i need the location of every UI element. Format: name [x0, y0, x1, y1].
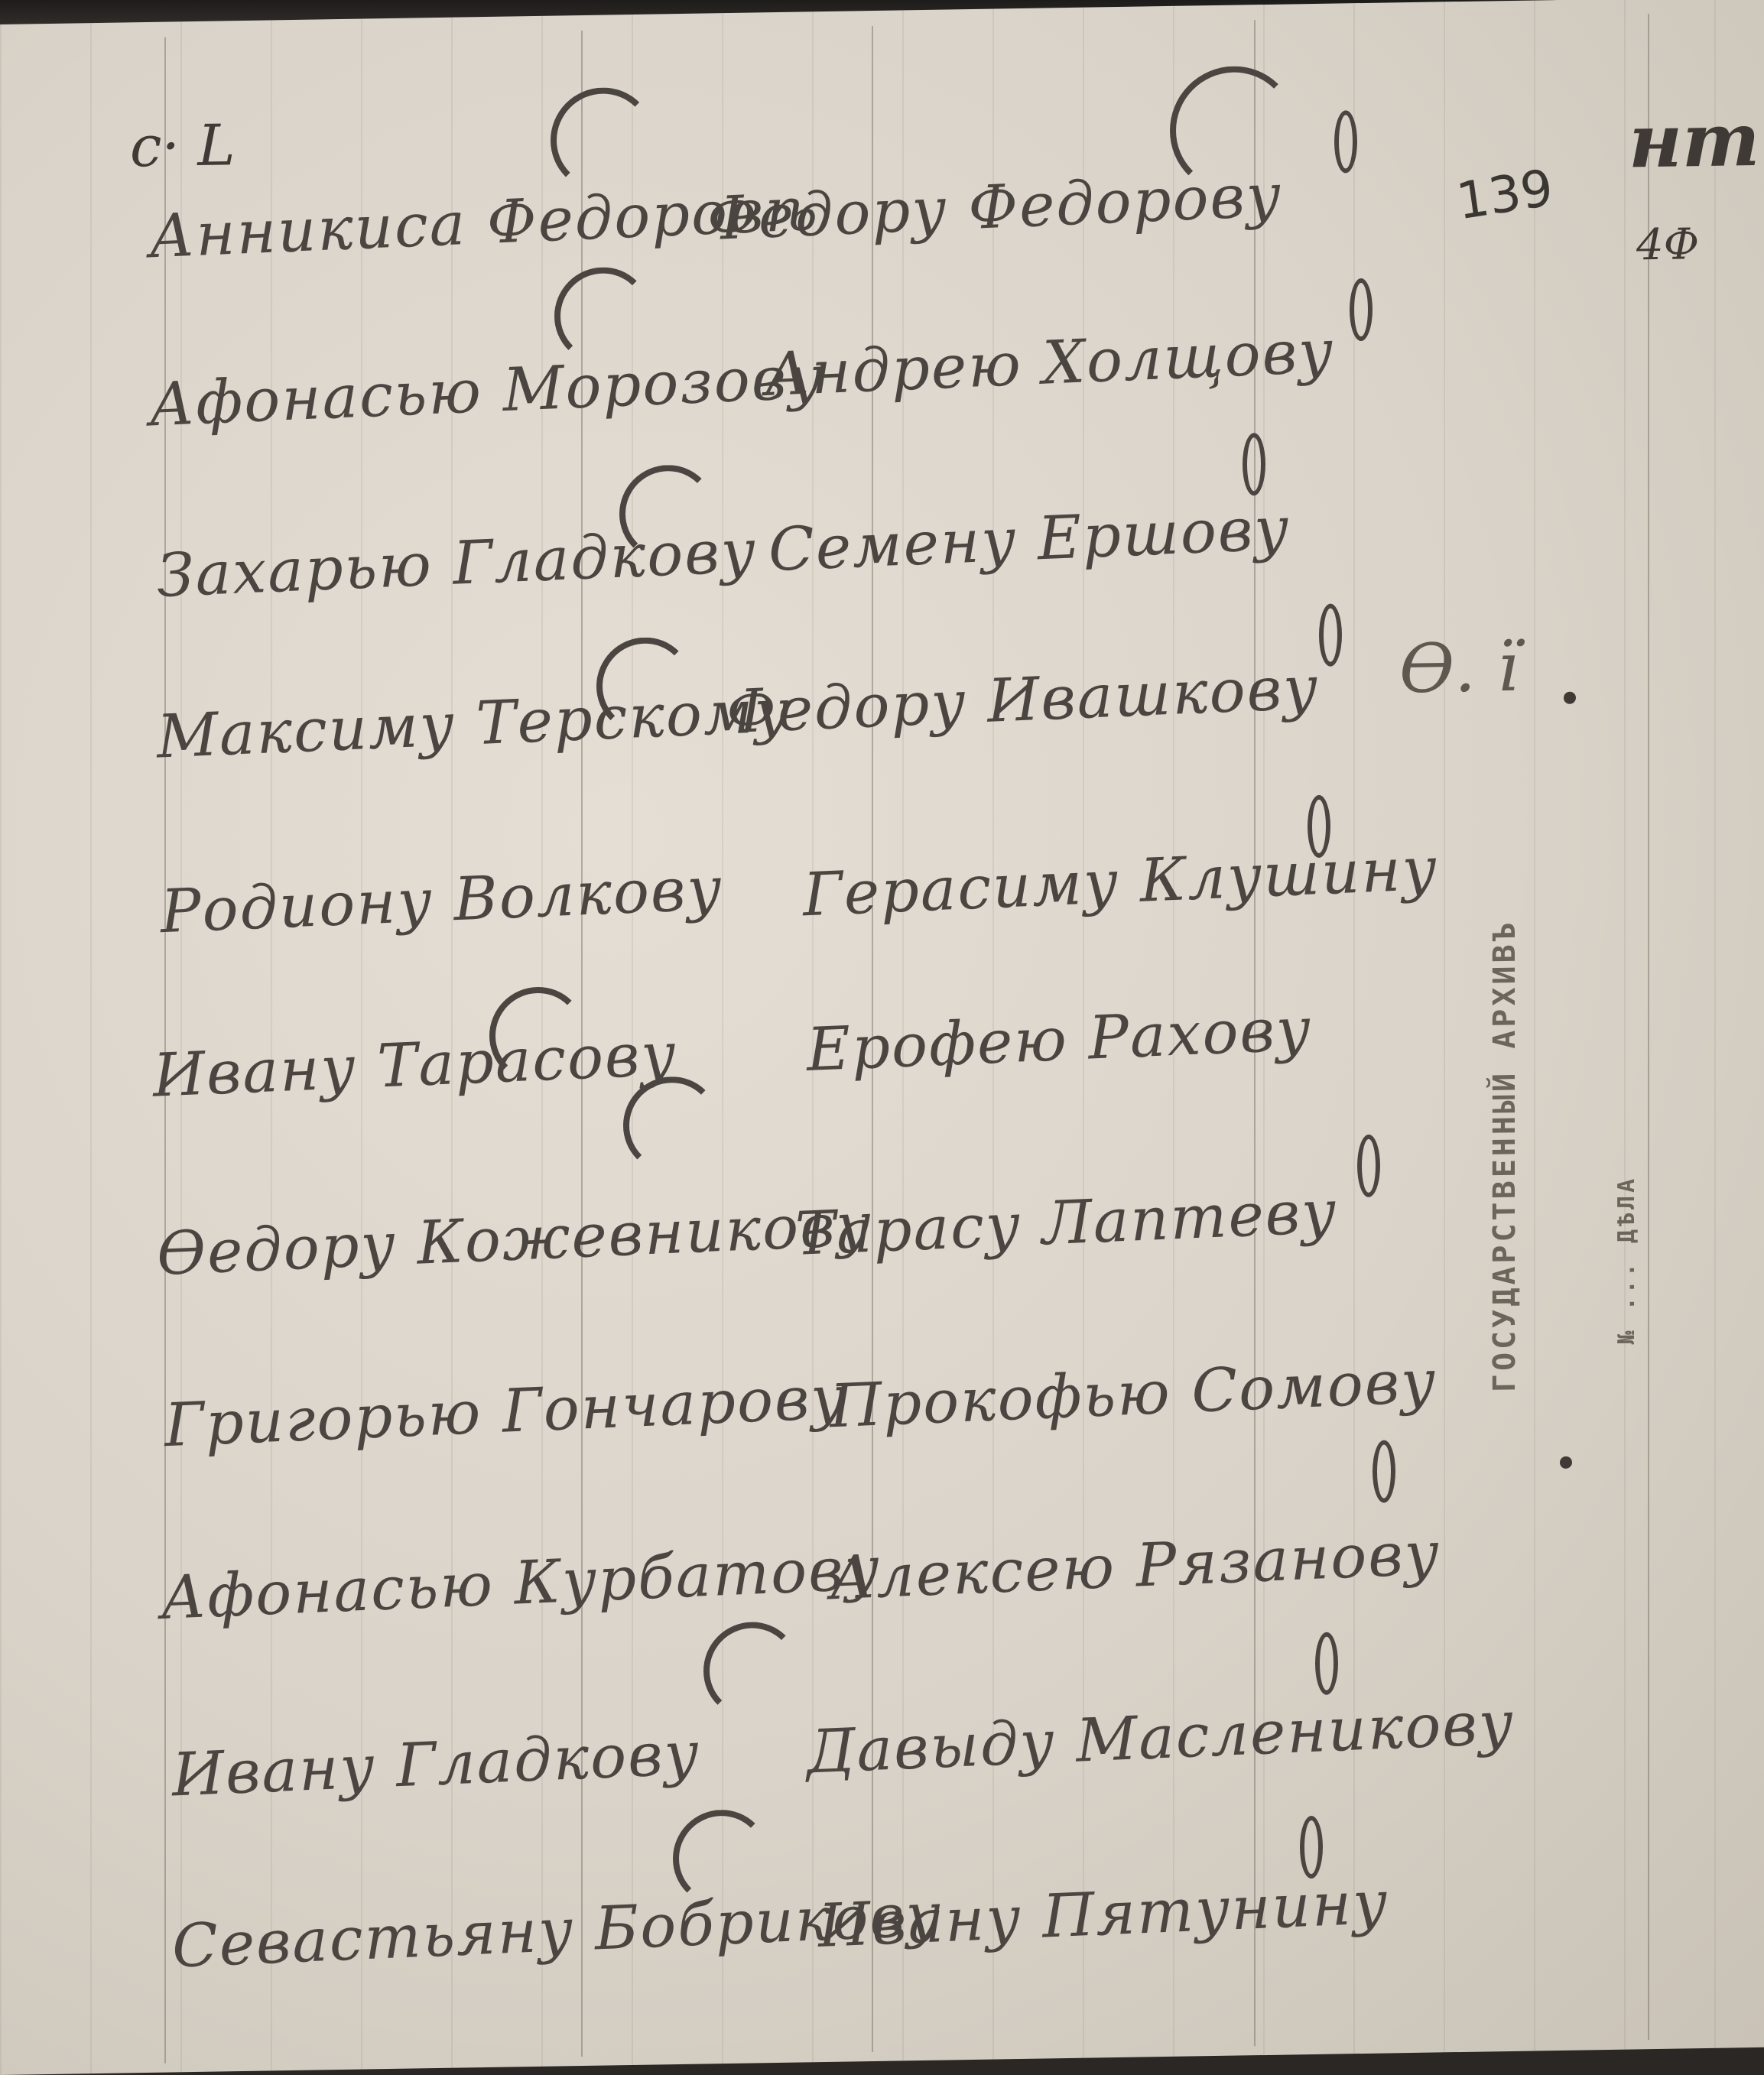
terminal-loop-stroke: [1243, 433, 1265, 495]
terminal-loop-stroke: [1319, 603, 1342, 666]
entry-left-4: Максиму Терскому: [156, 677, 791, 772]
entry-right-5: Герасиму Клушину: [802, 835, 1439, 930]
entry-right-4: Федору Ивашкову: [726, 654, 1320, 747]
top-right-annotation: 4Ф: [1636, 219, 1699, 270]
superscript-flourish: [554, 267, 651, 365]
entry-left-8: Григорью Гончарову: [164, 1363, 848, 1460]
entry-right-8: Прокофью Сомову: [829, 1347, 1438, 1441]
archive-stamp-main: ГОСУДАРСТВЕННЫЙ АРХИВЪ: [1487, 920, 1522, 1393]
entry-left-6: Ивану Тарасову: [152, 1020, 678, 1111]
archive-stamp-secondary: № ... ДѢЛА: [1613, 1176, 1640, 1345]
terminal-loop-stroke: [1308, 795, 1330, 858]
top-right-annotation: нт: [1629, 96, 1760, 185]
entry-left-7: Ѳедору Кожевникову: [156, 1190, 873, 1289]
terminal-loop-stroke: [1350, 278, 1373, 341]
paper-fold-line: [1648, 14, 1649, 2040]
entry-right-6: Ерофею Рахову: [806, 995, 1313, 1085]
terminal-loop-stroke: [1300, 1816, 1323, 1879]
folio-number: 139: [1453, 158, 1556, 232]
superscript-flourish: [703, 1622, 800, 1719]
superscript-flourish: [551, 87, 655, 193]
entry-right-9: Алексею Рязанову: [829, 1519, 1441, 1613]
right-margin-mark: Ѳ. ї: [1399, 628, 1519, 708]
entry-right-2: Андрею Холщову: [764, 317, 1335, 410]
entry-left-10: Ивану Гладкову: [171, 1719, 701, 1810]
terminal-loop-stroke: [1334, 110, 1357, 173]
entry-right-10: Давыду Масленикову: [806, 1689, 1515, 1788]
entry-right-7: Тарасу Лаптеву: [794, 1177, 1338, 1269]
ink-blot: [1560, 1456, 1572, 1469]
top-left-marginal-mark: с· L: [130, 112, 236, 180]
manuscript-page: с· L 139 нт 4Ф Ѳ. ї Анникиса Федоровѣ Фе…: [0, 0, 1764, 2075]
entry-left-2: Афонасью Морозову: [148, 343, 825, 440]
terminal-loop-stroke: [1315, 1632, 1338, 1695]
terminal-loop-stroke: [1357, 1135, 1380, 1197]
superscript-flourish: [623, 1076, 720, 1174]
entry-left-5: Родиону Волкову: [160, 855, 724, 947]
ink-blot: [1564, 692, 1576, 704]
entry-left-9: Афонасью Курбатову: [160, 1534, 882, 1633]
terminal-loop-stroke: [1373, 1440, 1395, 1502]
entry-right-3: Семену Ершову: [768, 495, 1291, 586]
